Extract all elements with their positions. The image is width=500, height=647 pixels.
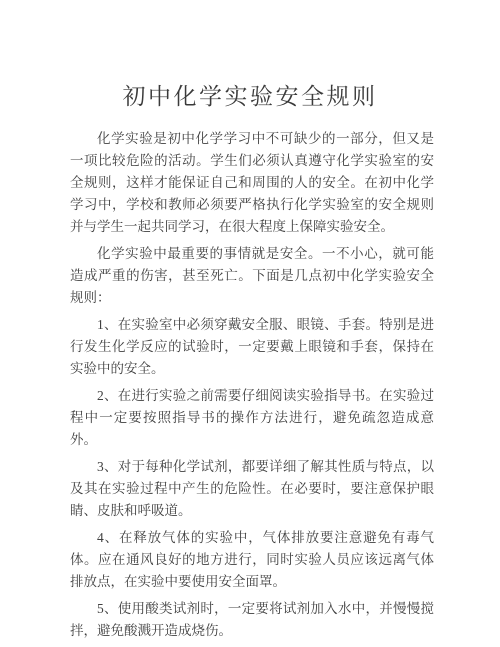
paragraph-6: 4、在释放气体的实验中，气体排放要注意避免有毒气体。应在通风良好的地方进行，同时… <box>70 527 434 593</box>
paragraph-7: 5、使用酸类试剂时，一定要将试剂加入水中，并慢慢搅拌，避免酸溅开造成烧伤。 <box>70 598 434 642</box>
paragraph-1: 化学实验是初中化学学习中不可缺少的一部分，但又是一项比较危险的活动。学生们必须认… <box>70 128 434 238</box>
paragraph-4: 2、在进行实验之前需要仔细阅读实验指导书。在实验过程中一定要按照指导书的操作方法… <box>70 385 434 451</box>
paragraph-3: 1、在实验室中必须穿戴安全服、眼镜、手套。特别是进行发生化学反应的试验时，一定要… <box>70 314 434 380</box>
paragraph-5: 3、对于每种化学试剂，都要详细了解其性质与特点，以及其在实验过程中产生的危险性。… <box>70 456 434 522</box>
paragraph-2: 化学实验中最重要的事情就是安全。一不小心，就可能造成严重的伤害，甚至死亡。下面是… <box>70 243 434 309</box>
document-page: 初中化学实验安全规则 化学实验是初中化学学习中不可缺少的一部分，但又是一项比较危… <box>0 0 500 647</box>
document-body: 化学实验是初中化学学习中不可缺少的一部分，但又是一项比较危险的活动。学生们必须认… <box>70 128 434 642</box>
document-title: 初中化学实验安全规则 <box>0 0 500 112</box>
